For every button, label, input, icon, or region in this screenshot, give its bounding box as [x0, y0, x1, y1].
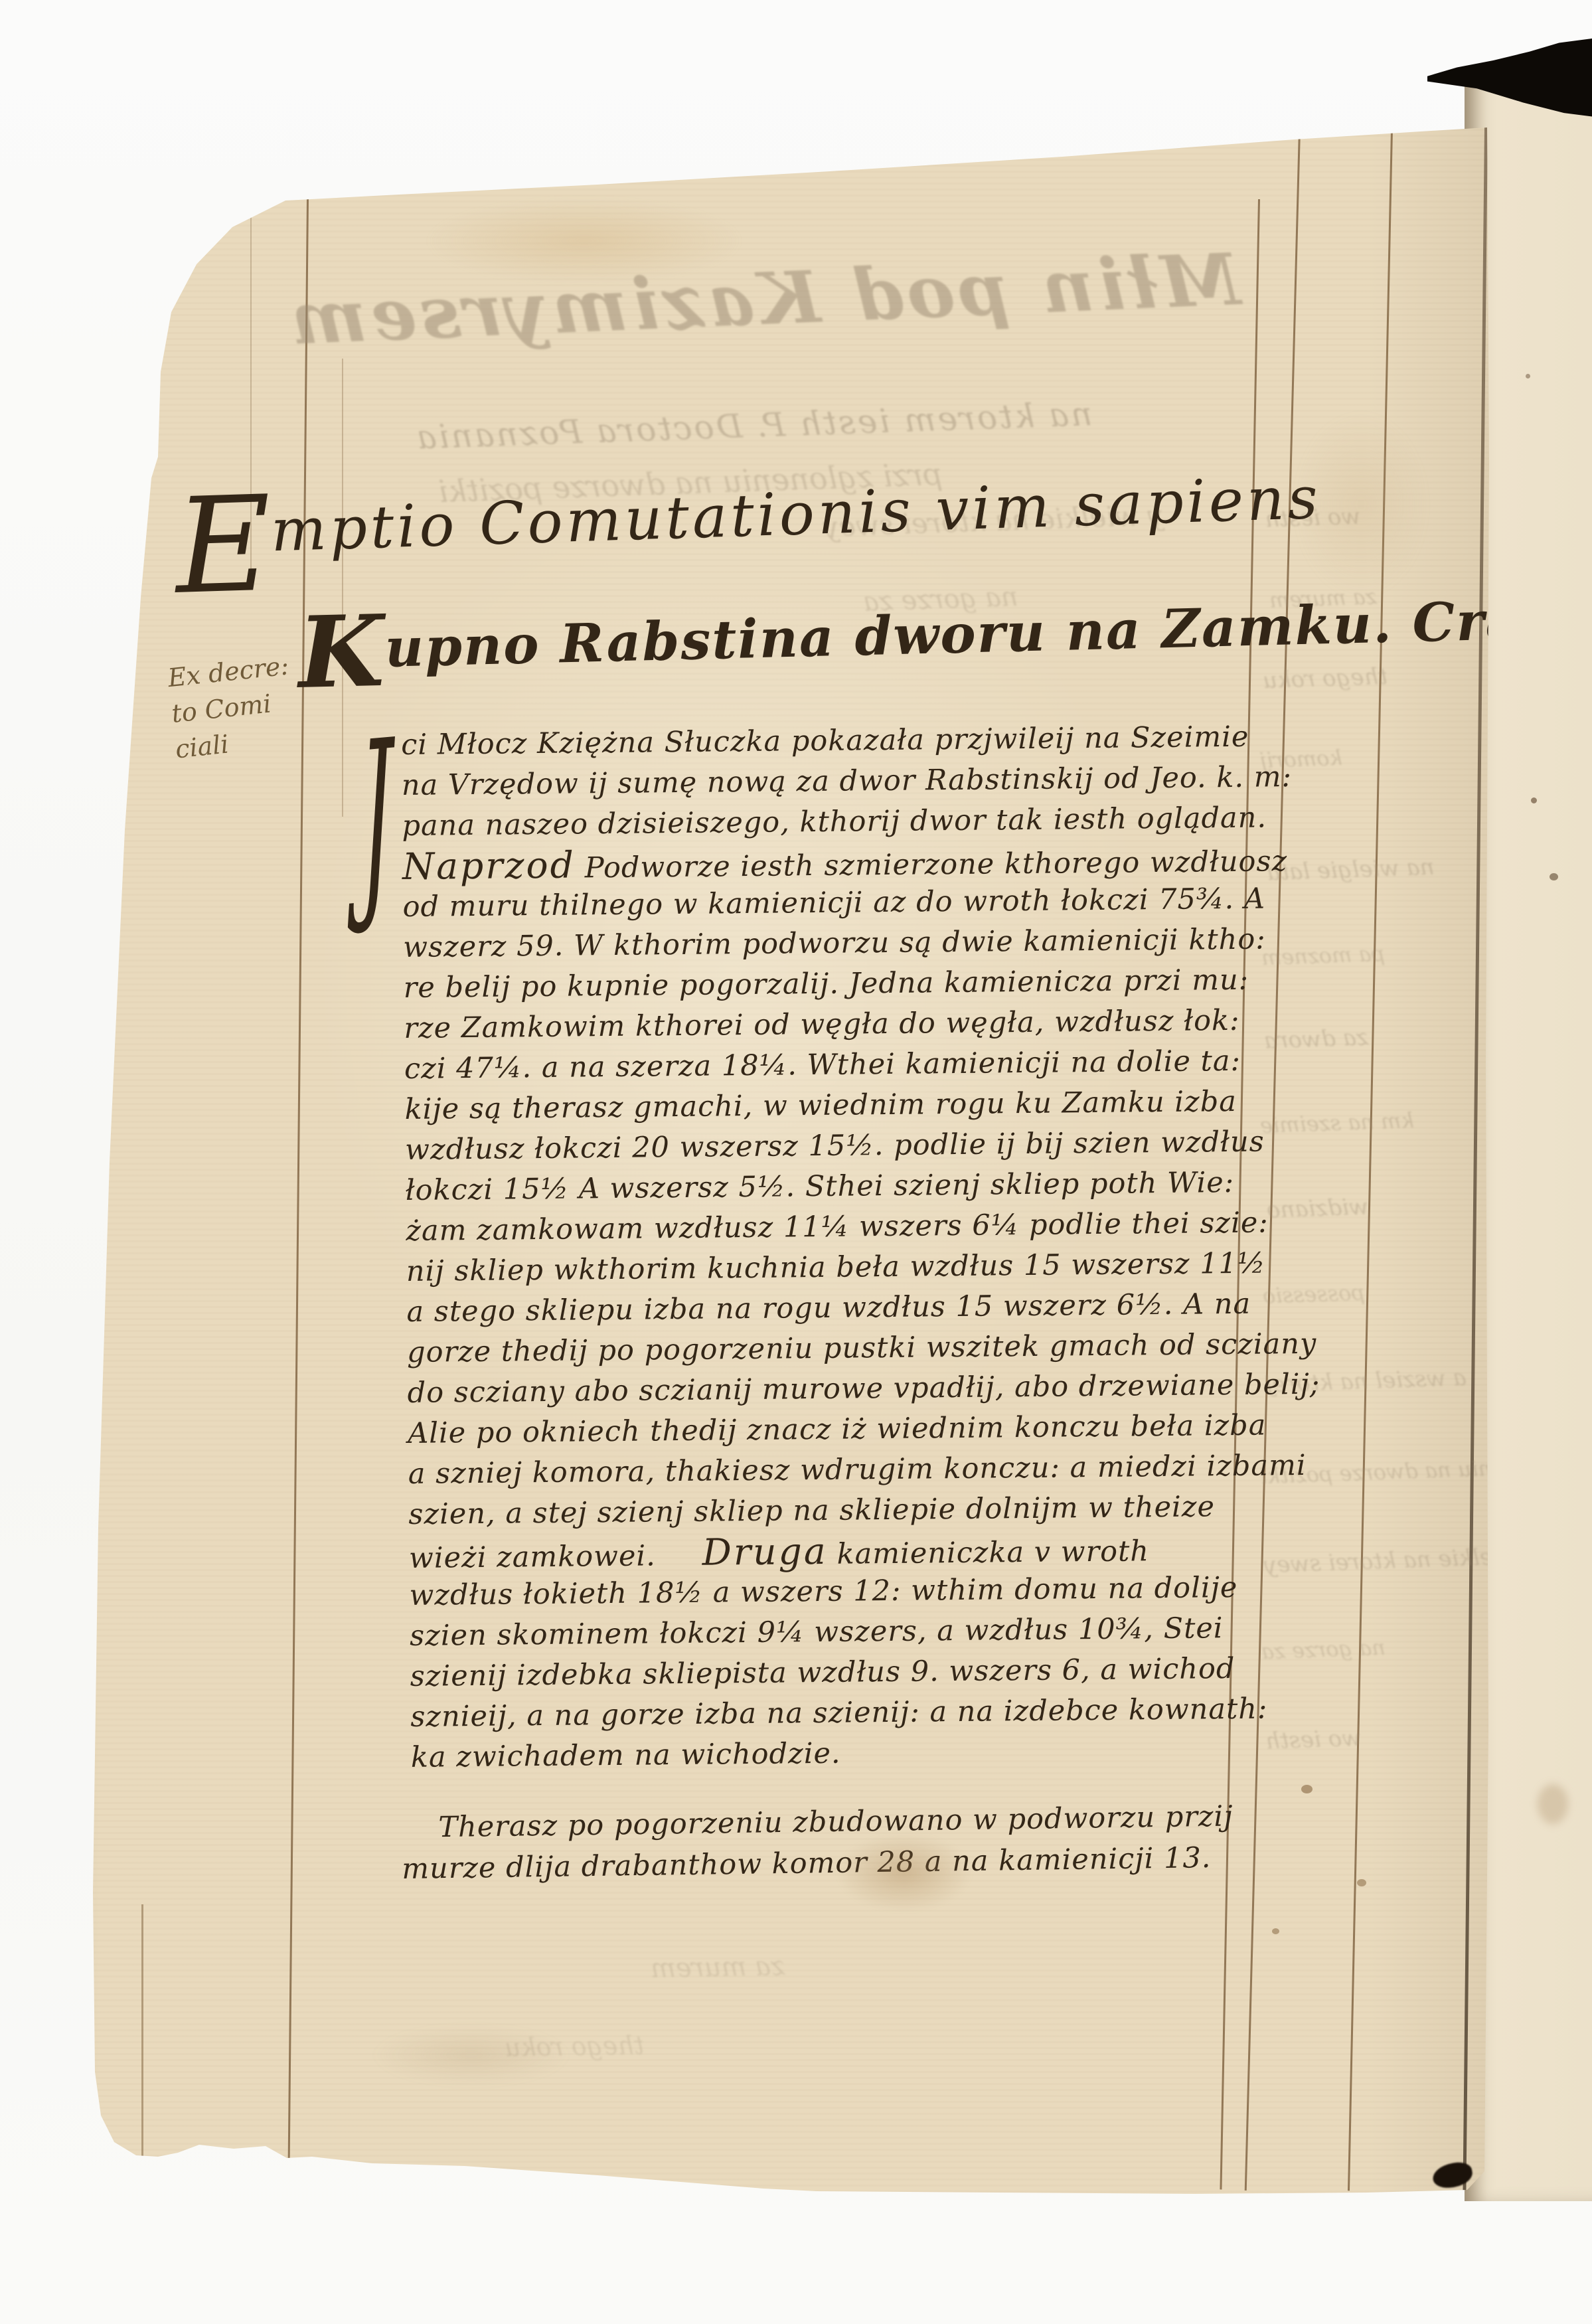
paper-speck [1531, 797, 1537, 803]
body-text: ci Młocz Kziężna Słuczka pokazała przjwi… [401, 716, 1324, 1778]
bleedthrough-scrap: thego roku [1262, 663, 1388, 695]
paper-stain [1538, 1784, 1568, 1824]
paper-speck [1301, 1785, 1313, 1793]
ruled-line-left [288, 199, 309, 2159]
polish-heading: Kupno Rabstina dworu na Zamku. Crak. [297, 585, 1580, 689]
page-fold-edge [1463, 127, 1488, 2193]
latin-heading: Emptio Comutationis vim sapiens [174, 463, 1322, 587]
paper-stain [372, 2025, 571, 2085]
paper-stain [425, 198, 744, 284]
paper-stain [838, 1834, 971, 1911]
paper-speck [1357, 1879, 1366, 1886]
paper-speck [1526, 374, 1530, 378]
body-line: ka zwichadem na wichodzie. [411, 1729, 1324, 1778]
paper-stain [1295, 412, 1427, 598]
paper-speck [1272, 1928, 1279, 1934]
polish-heading-text: upno Rabstina dworu na Zamku. Crak. [384, 588, 1580, 679]
bleedthrough-title: Młin pod Kazimyrsem [284, 238, 1243, 361]
manuscript-page: Młin pod Kazimyrsem na ktorem iesth P. D… [0, 0, 1592, 2324]
bleedthrough-subtitle: na ktorem iesth P. Doctora Poznania [331, 392, 1175, 459]
bleedthrough-scrap: za murem [651, 1951, 785, 1984]
manuscript-scan: Młin pod Kazimyrsem na ktorem iesth P. D… [0, 0, 1592, 2324]
latin-heading-initial: E [173, 467, 274, 623]
paper-speck [1550, 873, 1558, 880]
paragraph-initial: J [358, 713, 394, 922]
polish-heading-initial: K [297, 593, 386, 710]
closing-paragraph: Therasz po pogorzeniu zbudowano w podwor… [401, 1796, 1234, 1890]
ink-blot-fold [1431, 2160, 1474, 2191]
ruled-line-bottom-left [141, 1904, 143, 2158]
